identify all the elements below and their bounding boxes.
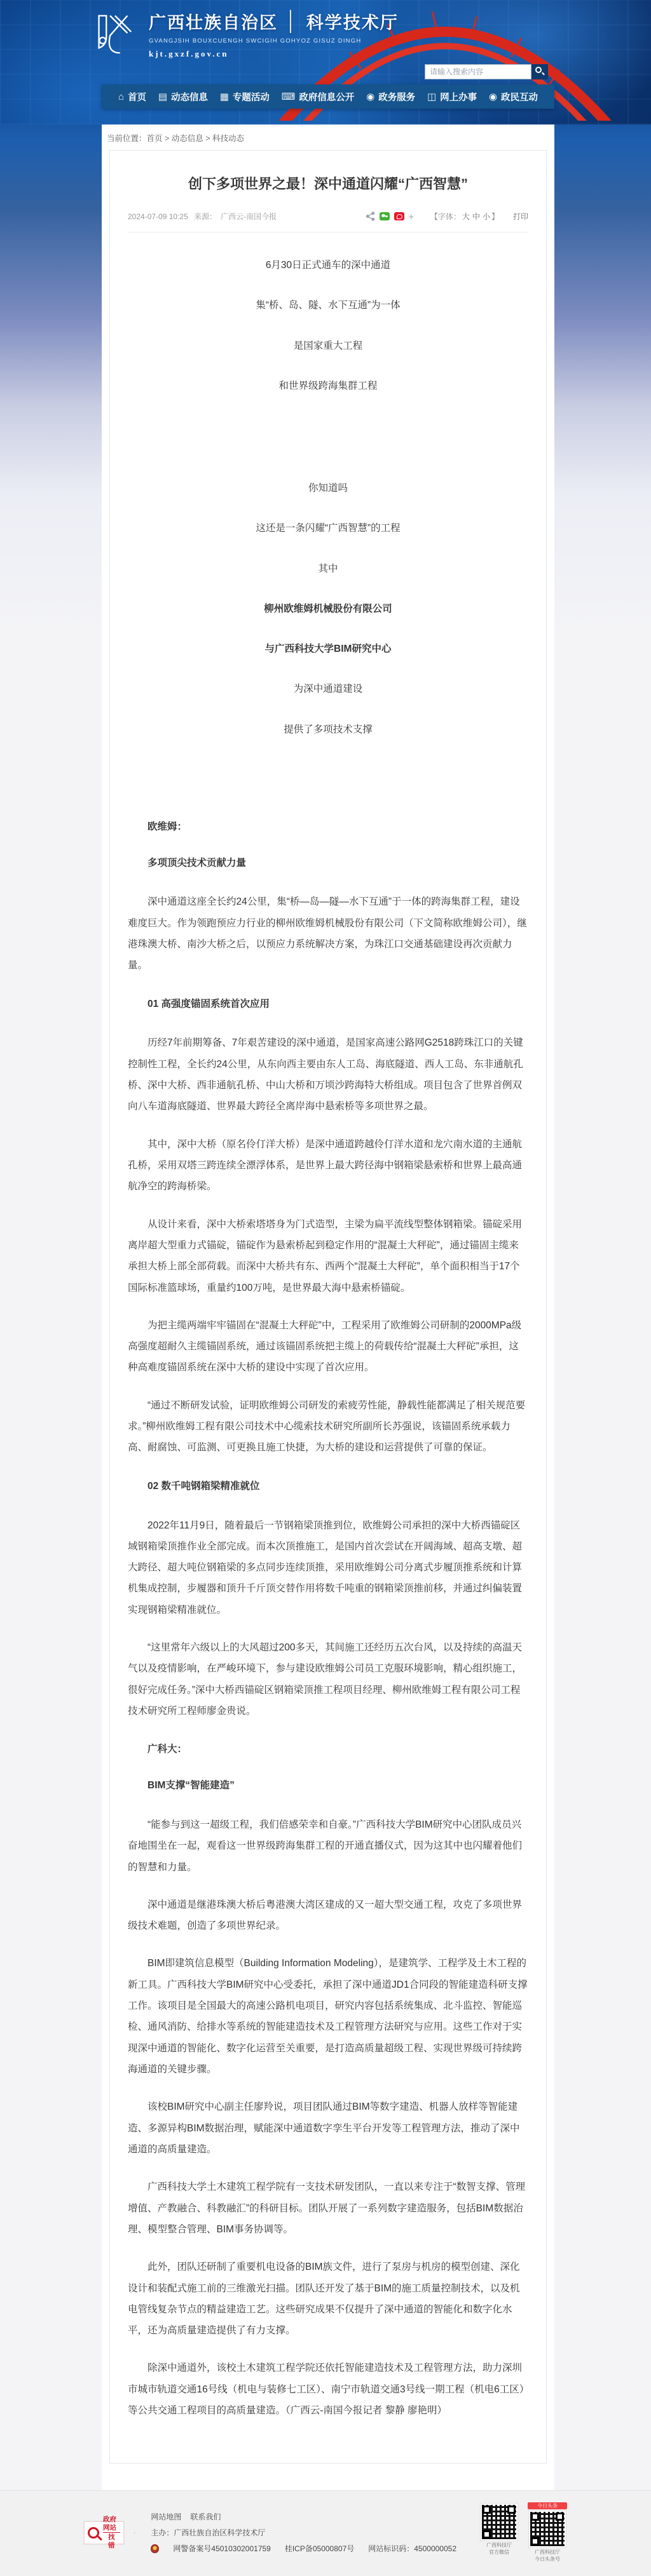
qr-platform-tag: 今日头条: [528, 2502, 567, 2509]
agency-emblem-icon: [88, 10, 137, 59]
article-paragraph: 是国家重大工程: [128, 339, 528, 353]
nav-item-label: 政务服务: [378, 90, 415, 104]
nav-item-label: 动态信息: [171, 90, 208, 104]
share-toolbar: +: [361, 212, 414, 222]
article-paragraph: 此外，团队还研制了重要机电设备的BIM族文件，进行了泵房与机房的模型创建、深化设…: [128, 2256, 528, 2341]
share-icon[interactable]: [366, 212, 375, 221]
icp-filing-number[interactable]: 桂ICP备05000807号: [285, 2541, 354, 2557]
more-share-icon[interactable]: +: [409, 212, 414, 222]
site-url: kjt.gxzf.gov.cn: [149, 49, 399, 59]
party-gov-emblem-icon[interactable]: [134, 2520, 135, 2546]
article-paragraph: 你知道吗: [128, 481, 528, 496]
news-icon: ▤: [158, 91, 167, 102]
article-source: 广西云-南国今报: [221, 212, 277, 221]
qr-caption: 广西科技厅今日头条号: [528, 2549, 567, 2563]
article-paragraph: 2022年11月9日，随着最后一节钢箱梁顶推到位，欧维姆公司承担的深中大桥西锚碇…: [128, 1515, 528, 1621]
footer-sponsor: 主办：广西壮族自治区科学技术厅: [151, 2525, 470, 2541]
article-paragraph: 深中通道是继港珠澳大桥后粤港澳大湾区建成的又一超大型交通工程，攻克了多项世界级技…: [128, 1894, 528, 1937]
article-paragraph: 从设计来看，深中大桥索塔塔身为门式造型，主梁为扁平流线型整体钢箱梁。锚碇采用离岸…: [128, 1214, 528, 1298]
article-meta: 2024-07-09 10:25 来源：广西云-南国今报: [128, 211, 361, 222]
article-paragraph: 为把主缆两端牢牢锚固在“混凝土大秤砣”中，工程采用了欧维姆公司研制的2000MP…: [128, 1315, 528, 1379]
print-button[interactable]: 打印: [513, 211, 528, 222]
article-paragraph: BIM即建筑信息模型（Building Information Modeling…: [128, 1953, 528, 2080]
footer-text-block: 网站地图联系我们 主办：广西壮族自治区科学技术厅 网警备案号4501030200…: [151, 2509, 470, 2556]
article-paragraph: 与广西科技大学BIM研究中心: [128, 642, 528, 656]
gov-site-error-badge[interactable]: 政府网站 找错: [84, 2521, 124, 2544]
breadcrumb-link[interactable]: 科技动态: [212, 134, 244, 143]
qr-caption: 广西科技厅官方微信: [479, 2542, 519, 2556]
footer-link[interactable]: 网站地图: [151, 2512, 181, 2521]
police-badge-icon: [151, 2544, 159, 2553]
article-paragraph: 其中: [128, 562, 528, 576]
article-paragraph: 除深中通道外，该校土木建筑工程学院还依托智能建造技术及工程管理方法，助力深圳市城…: [128, 2357, 528, 2421]
qr-code-image: [529, 2511, 566, 2547]
article-paragraph: 6月30日正式通车的深中通道: [128, 258, 528, 273]
nav-item[interactable]: ▦ 专题活动: [220, 90, 270, 104]
article-paragraph: 深中通道这座全长约24公里，集“桥—岛—隧—水下互通”于一体的跨海集群工程，建设…: [128, 891, 528, 976]
article-paragraph: 集“桥、岛、隧、水下互通”为一体: [128, 298, 528, 313]
font-size-control: 【字体：大中小】: [430, 211, 499, 222]
article-paragraph: 其中，深中大桥（原名伶仃洋大桥）是深中通道跨越伶仃洋水道和龙穴南水道的主通航孔桥…: [128, 1134, 528, 1197]
nav-item[interactable]: ◉ 政民互动: [489, 90, 538, 104]
qr-block: 广西科技厅官方微信: [479, 2502, 519, 2556]
article-paragraph: “能参与到这一超级工程，我们倍感荣幸和自豪。”广西科技大学BIM研究中心团队成员…: [128, 1814, 528, 1878]
article-paragraph: [128, 419, 528, 455]
article-paragraph: 历经7年前期筹备、7年艰苦建设的深中通道，是国家高速公路网G2518跨珠江口的关…: [128, 1032, 528, 1117]
nav-item-label: 政府信息公开: [299, 90, 354, 104]
article-paragraph: 多项顶尖技术贡献力量: [128, 856, 528, 872]
search-input[interactable]: [425, 64, 531, 79]
laptop-icon: ⌨: [282, 91, 296, 102]
home-icon: ⌂: [118, 91, 124, 102]
font-size-button[interactable]: 大: [462, 212, 470, 221]
gov-badge-line2: 找错: [103, 2532, 120, 2550]
site-identifier-code: 网站标识码：4500000052: [368, 2541, 456, 2557]
breadcrumb-link[interactable]: 动态信息: [172, 134, 212, 143]
article-title: 创下多项世界之最！深中通道闪耀“广西智慧”: [128, 173, 528, 194]
picture-icon: ◫: [427, 91, 436, 102]
article-paragraph: “这里常年六级以上的大风超过200多天，其间施工还经历五次台风，以及持续的高温天…: [128, 1637, 528, 1722]
site-subtitle-zhuang: GVANGJSIH BOUXCUENGH SWCIGIH GOHYOZ GISU…: [149, 37, 399, 44]
nav-item[interactable]: ◫ 网上办事: [427, 90, 477, 104]
nav-item[interactable]: ◉ 政务服务: [366, 90, 415, 104]
article-paragraph: 欧维姆：: [128, 819, 528, 835]
article-paragraph: 该校BIM研究中心副主任廖羚说，项目团队通过BIM等数字建造、机器人放样等智能建…: [128, 2096, 528, 2160]
article-paragraph: 广西科技大学土木建筑工程学院有一支技术研发团队，一直以来专注于“数智支撑、管理增…: [128, 2176, 528, 2240]
article-paragraph: 柳州欧维姆机械股份有限公司: [128, 602, 528, 616]
footer-link[interactable]: 联系我们: [190, 2512, 221, 2521]
article-card: 创下多项世界之最！深中通道闪耀“广西智慧” 2024-07-09 10:25 来…: [109, 150, 547, 2464]
police-filing-number[interactable]: 网警备案号45010302001759: [173, 2541, 270, 2557]
article-paragraph: 为深中通道建设: [128, 682, 528, 696]
wechat-share-icon[interactable]: [380, 212, 390, 220]
nav-item-label: 首页: [128, 90, 146, 104]
error-magnifier-icon: [88, 2527, 99, 2539]
article-paragraph: 提供了多项技术支撑: [128, 722, 528, 737]
font-control-prefix: 【字体：: [430, 212, 461, 221]
footer-qrcodes: 广西科技厅官方微信 今日头条 广西科技厅今日头条号: [470, 2502, 567, 2563]
nav-item[interactable]: ⌂ 首页: [118, 90, 146, 104]
title-divider: │: [285, 11, 299, 32]
article-meta-row: 2024-07-09 10:25 来源：广西云-南国今报 + 【字体：大中小】 …: [128, 211, 528, 233]
nav-item[interactable]: ▤ 动态信息: [158, 90, 208, 104]
nav-item[interactable]: ⌨ 政府信息公开: [282, 90, 355, 104]
nav-item-label: 专题活动: [233, 90, 270, 104]
content-column: 当前位置：首页动态信息科技动态 创下多项世界之最！深中通道闪耀“广西智慧” 20…: [102, 125, 554, 2490]
breadcrumb-label: 当前位置：: [107, 134, 147, 143]
page-footer: 政府网站 找错 网站地图联系我们 主办：广西壮族自治区科学技术厅 网警备案号45…: [0, 2490, 651, 2576]
main-navigation: ⌂ 首页 ▤ 动态信息 ▦ 专题活动 ⌨ 政府信息公开 ◉ 政务服务: [102, 84, 554, 109]
weibo-share-icon[interactable]: [394, 212, 404, 220]
footer-filing-row: 网警备案号45010302001759 桂ICP备05000807号 网站标识码…: [151, 2541, 470, 2557]
search-button[interactable]: [531, 64, 548, 79]
font-control-suffix: 】: [491, 212, 499, 221]
qr-block: 今日头条 广西科技厅今日头条号: [528, 2502, 567, 2563]
location-pin-icon: ◉: [366, 91, 374, 102]
source-label: 来源：: [194, 212, 217, 221]
article-paragraph: BIM支撑“智能建造”: [128, 1778, 528, 1794]
article-paragraph: 02 数千吨钢箱梁精准就位: [128, 1479, 528, 1495]
footer-links: 网站地图联系我们: [151, 2509, 470, 2525]
qr-code-image: [481, 2504, 517, 2540]
article-paragraph: 广科大：: [128, 1742, 528, 1758]
site-logo-row: 广西壮族自治区 │ 科学技术厅 GVANGJSIH BOUXCUENGH SWC…: [88, 9, 399, 59]
location-pin-icon: ◉: [489, 91, 497, 102]
article-paragraph: “通过不断研发试验，证明欧维姆公司研发的索疲劳性能，静载性能都满足了相关规范要求…: [128, 1395, 528, 1459]
article-paragraph: 和世界级跨海集群工程: [128, 379, 528, 393]
site-header: 广西壮族自治区 │ 科学技术厅 GVANGJSIH BOUXCUENGH SWC…: [0, 0, 651, 125]
search-icon: [535, 67, 542, 73]
site-title: 广西壮族自治区 │ 科学技术厅: [149, 9, 399, 34]
breadcrumb-link[interactable]: 首页: [147, 134, 172, 143]
article-paragraph: 01 高强度锚固系统首次应用: [128, 997, 528, 1013]
nav-item-label: 政民互动: [501, 90, 538, 104]
search-bar: [425, 64, 548, 79]
article-paragraph: 这还是一条闪耀“广西智慧”的工程: [128, 521, 528, 536]
article-date: 2024-07-09 10:25: [128, 212, 188, 221]
nav-item-label: 网上办事: [440, 90, 477, 104]
font-size-button[interactable]: 中: [472, 212, 480, 221]
font-size-button[interactable]: 小: [483, 212, 490, 221]
article-body: 6月30日正式通车的深中通道 集“桥、岛、隧、水下互通”为一体 是国家重大工程 …: [128, 258, 528, 2421]
article-paragraph: [128, 762, 528, 799]
gov-badge-line1: 政府网站: [103, 2516, 120, 2532]
archive-icon: ▦: [220, 91, 229, 102]
breadcrumb: 当前位置：首页动态信息科技动态: [102, 125, 554, 150]
